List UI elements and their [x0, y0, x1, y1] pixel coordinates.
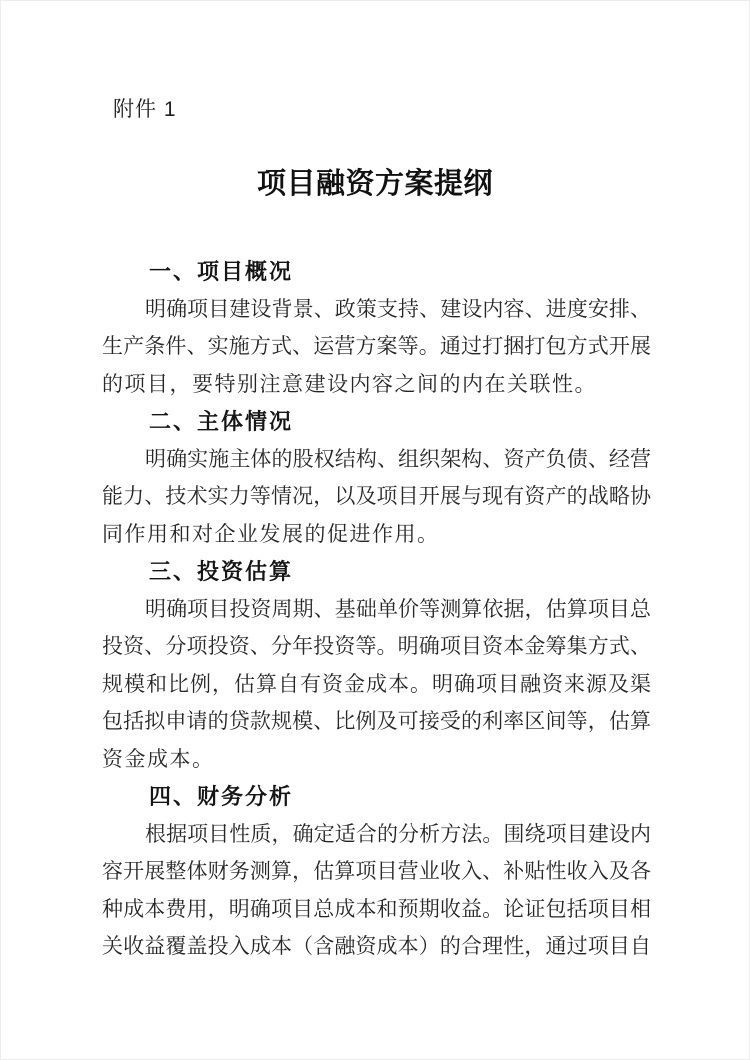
paragraph-line: 明确项目建设背景、政策支持、建设内容、进度安排、 [102, 291, 651, 329]
section-heading: 二、主体情况 [102, 403, 651, 441]
section-entity-situation: 二、主体情况 明确实施主体的股权结构、组织架构、资产负债、经营 能力、技术实力等… [102, 403, 651, 553]
attachment-label: 附件 1 [113, 97, 177, 123]
paragraph-line: 根据项目性质，确定适合的分析方法。围绕项目建设内 [102, 816, 651, 854]
section-heading: 四、财务分析 [102, 778, 651, 816]
paragraph-line: 关收益覆盖投入成本（含融资成本）的合理性，通过项目自 [102, 928, 651, 966]
paragraph-line: 资金成本。 [102, 741, 651, 779]
paragraph-line: 种成本费用，明确项目总成本和预期收益。论证包括项目相 [102, 891, 651, 929]
paragraph-line: 的项目，要特别注意建设内容之间的内在关联性。 [102, 366, 651, 404]
paragraph-line: 同作用和对企业发展的促进作用。 [102, 516, 651, 554]
document-title: 项目融资方案提纲 [1, 166, 749, 202]
paragraph-line: 包括拟申请的贷款规模、比例及可接受的利率区间等，估算 [102, 703, 651, 741]
paragraph-line: 容开展整体财务测算，估算项目营业收入、补贴性收入及各 [102, 853, 651, 891]
paragraph-line: 生产条件、实施方式、运营方案等。通过打捆打包方式开展 [102, 328, 651, 366]
paragraph-line: 明确实施主体的股权结构、组织架构、资产负债、经营 [102, 441, 651, 479]
section-heading: 一、项目概况 [102, 253, 651, 291]
paragraph-line: 明确项目投资周期、基础单价等测算依据，估算项目总 [102, 591, 651, 629]
paragraph-line: 能力、技术实力等情况，以及项目开展与现有资产的战略协 [102, 478, 651, 516]
section-heading: 三、投资估算 [102, 553, 651, 591]
paragraph-line: 规模和比例，估算自有资金成本。明确项目融资来源及渠道， [102, 666, 651, 704]
paragraph-line: 投资、分项投资、分年投资等。明确项目资本金筹集方式、 [102, 628, 651, 666]
section-financial-analysis: 四、财务分析 根据项目性质，确定适合的分析方法。围绕项目建设内 容开展整体财务测… [102, 778, 651, 966]
document-body: 一、项目概况 明确项目建设背景、政策支持、建设内容、进度安排、 生产条件、实施方… [102, 253, 651, 966]
document-page: 附件 1 项目融资方案提纲 一、项目概况 明确项目建设背景、政策支持、建设内容、… [0, 0, 750, 1060]
section-investment-estimate: 三、投资估算 明确项目投资周期、基础单价等测算依据，估算项目总 投资、分项投资、… [102, 553, 651, 778]
section-project-overview: 一、项目概况 明确项目建设背景、政策支持、建设内容、进度安排、 生产条件、实施方… [102, 253, 651, 403]
